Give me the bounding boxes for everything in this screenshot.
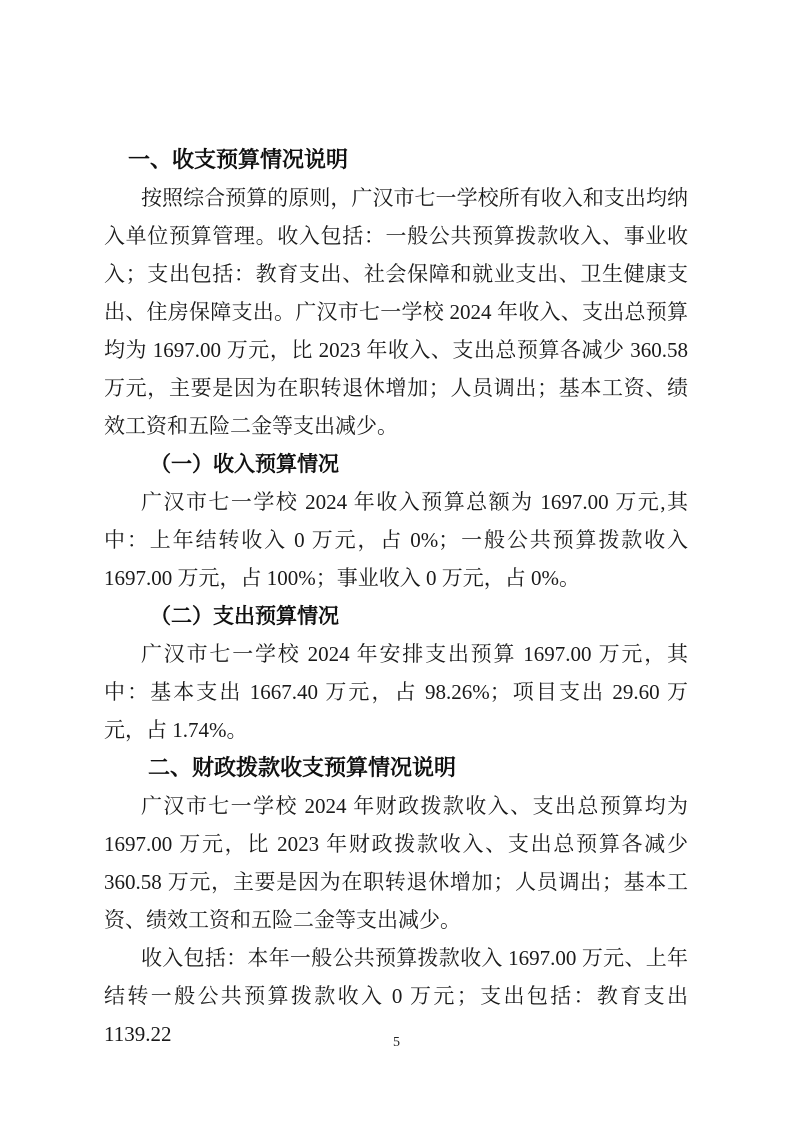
expenditure-budget-paragraph: 广汉市七一学校 2024 年安排支出预算 1697.00 万元，其中：基本支出 … — [104, 635, 688, 749]
section-1-overview-paragraph: 按照综合预算的原则，广汉市七一学校所有收入和支出均纳入单位预算管理。收入包括：一… — [104, 179, 688, 445]
fiscal-overview-paragraph: 广汉市七一学校 2024 年财政拨款收入、支出总预算均为 1697.00 万元，… — [104, 787, 688, 939]
document-body: 一、收支预算情况说明 按照综合预算的原则，广汉市七一学校所有收入和支出均纳入单位… — [104, 141, 688, 1053]
expenditure-budget-subheading: （二）支出预算情况 — [104, 597, 688, 635]
document-page: 一、收支预算情况说明 按照综合预算的原则，广汉市七一学校所有收入和支出均纳入单位… — [0, 0, 793, 1122]
section-2-heading: 二、财政拨款收支预算情况说明 — [104, 749, 688, 787]
income-budget-subheading: （一）收入预算情况 — [104, 445, 688, 483]
section-1-heading: 一、收支预算情况说明 — [104, 141, 688, 179]
income-budget-paragraph: 广汉市七一学校 2024 年收入预算总额为 1697.00 万元,其中：上年结转… — [104, 483, 688, 597]
page-number: 5 — [0, 1033, 793, 1053]
